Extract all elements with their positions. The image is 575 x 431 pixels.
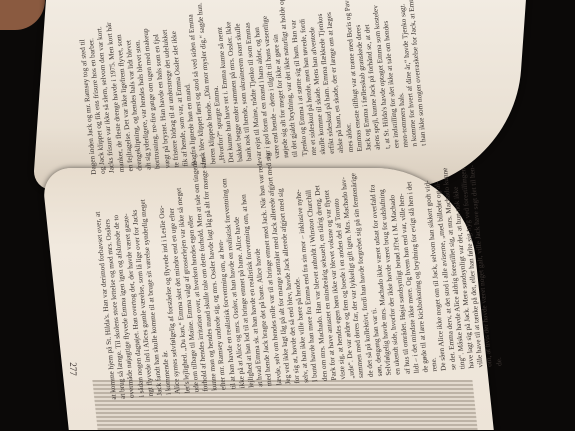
bottom-page-text: at komme hjem på St. Hilda's. Han var de… xyxy=(89,130,504,400)
book-photo: Dagen inden Jack og mr. Ramsey tog af st… xyxy=(0,0,575,431)
hand xyxy=(0,0,45,30)
page-number: 277 xyxy=(68,362,78,376)
